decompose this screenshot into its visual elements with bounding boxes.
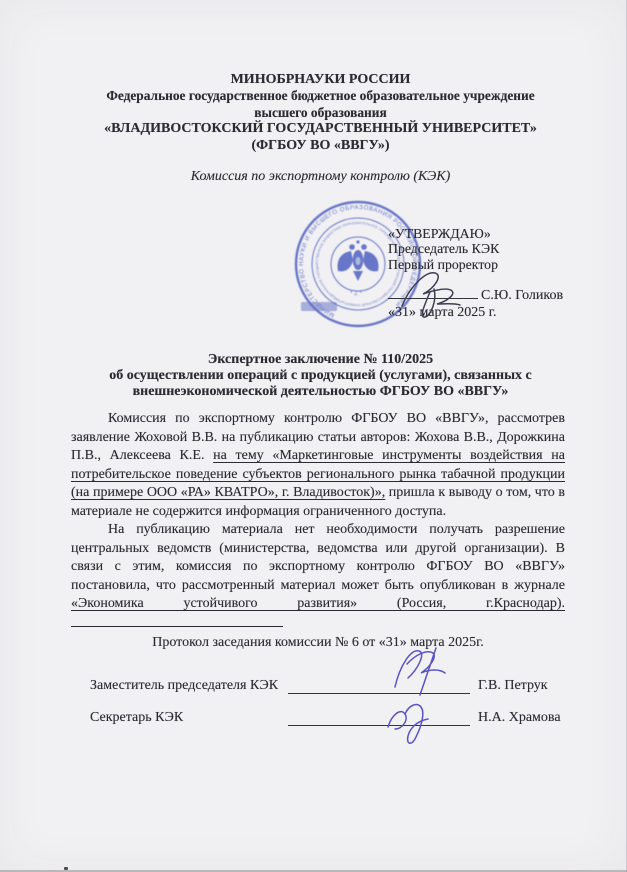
approver-signature-line [388, 286, 478, 299]
ministry-name: МИНОБРНАУКИ РОССИИ [72, 72, 569, 88]
paragraph-1: Комиссия по экспортному контролю ФГБОУ В… [71, 410, 565, 521]
stamp-number-mark: * 2 * [350, 290, 362, 297]
approver-role-1: Председатель КЭК [388, 241, 563, 256]
scanned-document-page: МИНОБРНАУКИ РОССИИ Федеральное государст… [0, 0, 627, 872]
approver-role-2: Первый проректор [388, 257, 563, 272]
paragraph-2: На публикацию материала нет необходимост… [71, 521, 565, 633]
approve-label: «УТВЕРЖДАЮ» [388, 226, 563, 241]
signature-line [288, 679, 470, 694]
trailing-rule [71, 614, 283, 627]
org-name-line1: Федеральное государственное бюджетное об… [72, 88, 569, 104]
approval-date: «31» марта 2025 г. [388, 305, 563, 320]
signer-role: Заместитель председателя КЭК [90, 678, 288, 694]
document-title: Экспертное заключение № 110/2025 об осущ… [72, 352, 569, 401]
stamp-ink-smudge [301, 302, 337, 311]
approver-name: С.Ю. Голиков [481, 288, 563, 303]
double-eagle-emblem [338, 240, 379, 281]
signature-row-deputy: Заместитель председателя КЭК Г.В. Петрук [90, 677, 575, 694]
signer-name: Н.А. Храмова [478, 710, 561, 726]
title-line3: внешнеэкономической деятельностью ФГБОУ … [72, 384, 569, 400]
signer-name: Г.В. Петрук [478, 678, 548, 694]
title-line2: об осуществлении операций с продукцией (… [72, 368, 569, 384]
title-line1: Экспертное заключение № 110/2025 [72, 352, 569, 368]
org-name-line2: высшего образования [72, 105, 569, 121]
document-letterhead: МИНОБРНАУКИ РОССИИ Федеральное государст… [72, 72, 569, 154]
university-abbr: (ФГБОУ ВО «ВВГУ») [72, 138, 569, 154]
p2-text-start: На публикацию материала нет необходимост… [71, 522, 565, 593]
signer-role: Секретарь КЭК [90, 710, 288, 726]
approver-signature-row: С.Ю. Голиков [388, 286, 563, 303]
university-name: «ВЛАДИВОСТОКСКИЙ ГОСУДАРСТВЕННЫЙ УНИВЕРС… [72, 121, 569, 137]
scan-speck [64, 867, 68, 870]
protocol-line: Протокол заседания комиссии № 6 от «31» … [71, 634, 565, 653]
signature-row-secretary: Секретарь КЭК Н.А. Храмова [90, 709, 575, 726]
signature-line [288, 711, 470, 726]
document-body: Комиссия по экспортному контролю ФГБОУ В… [71, 410, 565, 652]
signatures-block: Заместитель председателя КЭК Г.В. Петрук… [90, 677, 575, 741]
p2-journal-underlined: «Экономика устойчивого развития» (Россия… [71, 596, 565, 611]
committee-name: Комиссия по экспортному контролю (КЭК) [72, 169, 569, 185]
approval-block: «УТВЕРЖДАЮ» Председатель КЭК Первый прор… [388, 226, 563, 320]
